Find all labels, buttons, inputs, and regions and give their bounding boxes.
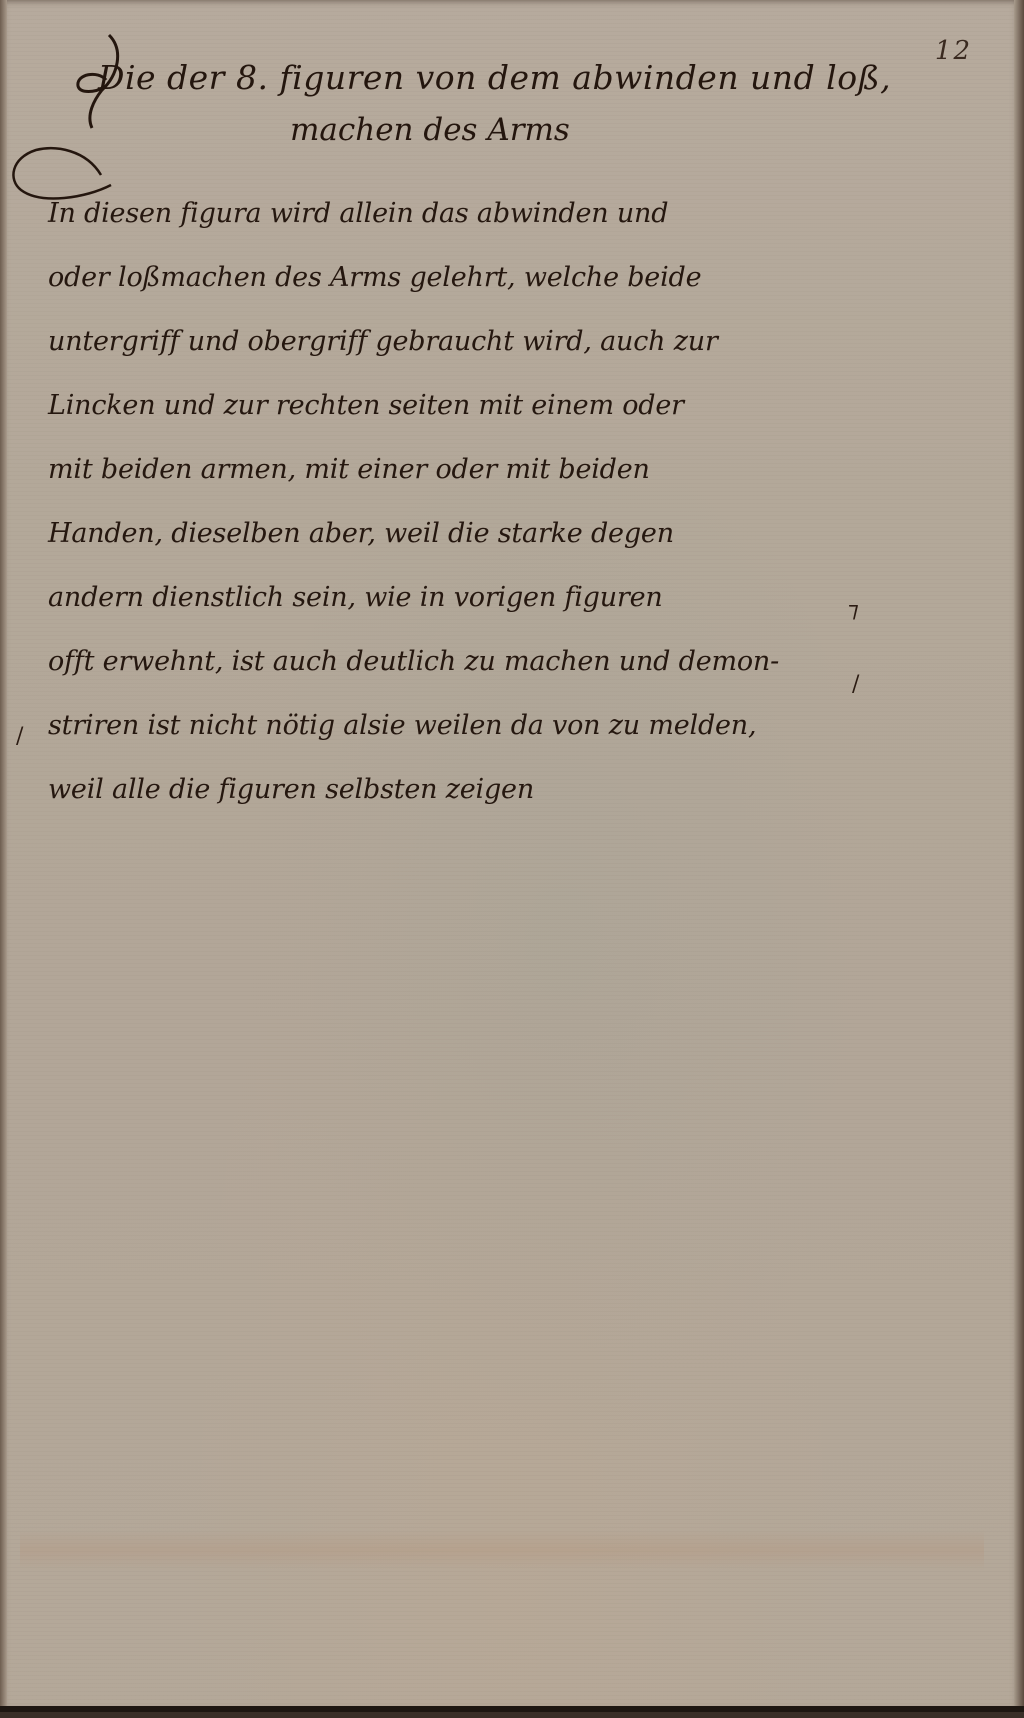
text-line-5: mit beiden armen, mit einer oder mit bei… <box>48 438 868 502</box>
margin-mark-right-1: ⁊ <box>848 598 859 623</box>
margin-mark-right-2: / <box>852 672 859 697</box>
text-line-2: oder loßmachen des Arms gelehrt, welche … <box>48 246 868 310</box>
page-left-edge <box>0 0 7 1712</box>
text-line-8: offt erwehnt, ist auch deutlich zu mache… <box>48 630 868 694</box>
manuscript-page: 12 Die der 8. figuren von dem abwinden u… <box>0 0 1024 1712</box>
text-line-3: untergriff und obergriff gebraucht wird,… <box>48 310 868 374</box>
folio-number: 12 <box>935 36 972 66</box>
text-line-9: striren ist nicht nötig alsie weilen da … <box>48 694 868 758</box>
text-line-7: andern dienstlich sein, wie in vorigen f… <box>48 566 868 630</box>
heading-line-1: Die der 8. figuren von dem abwinden und … <box>98 58 891 97</box>
page-right-edge <box>1014 0 1024 1712</box>
text-line-10: weil alle die figuren selbsten zeigen <box>48 758 868 822</box>
body-text: In diesen figura wird allein das abwinde… <box>48 182 868 822</box>
text-line-6: Handen, dieselben aber, weil die starke … <box>48 502 868 566</box>
heading-line-2: machen des Arms <box>290 112 570 148</box>
text-line-1: In diesen figura wird allein das abwinde… <box>48 182 868 246</box>
paper-stain <box>20 1530 984 1570</box>
margin-mark-left: / <box>16 724 23 749</box>
text-line-4: Lincken und zur rechten seiten mit einem… <box>48 374 868 438</box>
page-bottom-edge <box>0 1706 1024 1712</box>
